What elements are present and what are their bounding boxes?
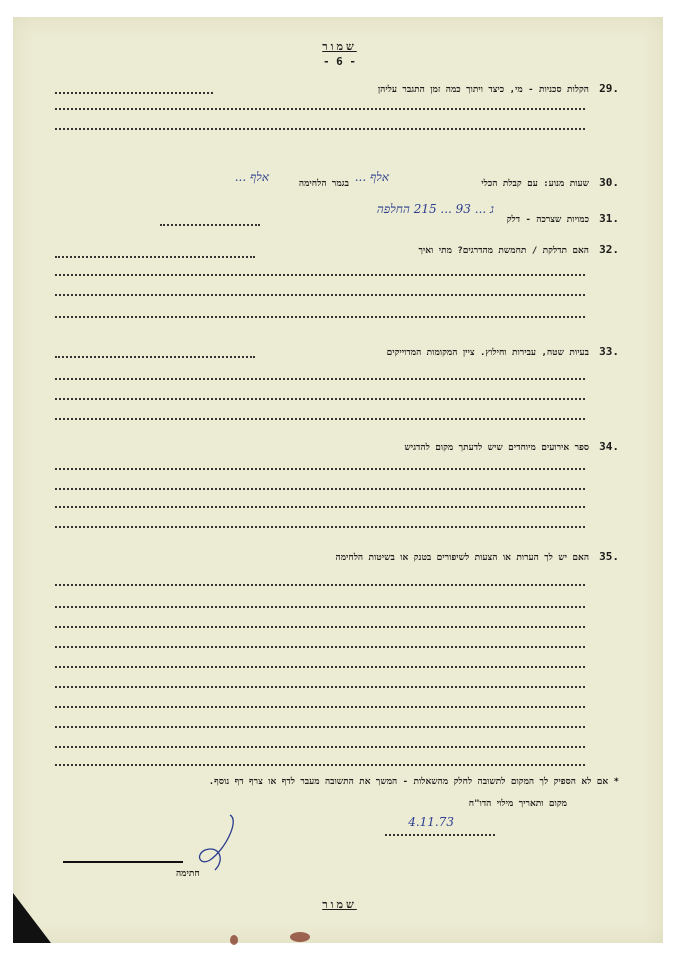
question-number: 35. [599,550,619,563]
question-label: בגמר הלחימה [299,178,349,189]
question-label: ספר אירועים מיוחדים שיש לדעתך מקום להדגי… [404,442,589,453]
answer-line [55,762,585,766]
answer-line [55,604,585,608]
answer-line [55,744,585,748]
handwritten-answer: אלף ... [235,170,269,185]
date-line [385,832,495,836]
question-number: 33. [599,345,619,358]
classification-header: שמור [0,40,679,53]
answer-line [55,416,585,420]
stain [290,932,310,942]
answer-line [55,486,585,490]
place-date-label: מקום ותאריך מילוי הדו"ח [469,798,567,809]
stain [230,935,238,945]
classification-footer: שמור [0,898,679,911]
answer-line [55,724,585,728]
answer-line [55,90,213,94]
answer-line [160,222,260,226]
question-label: כמויות שצרכה - דלק [507,214,589,225]
question-number: 30. [599,176,619,189]
question-label: האם יש לך הערות או הצעות לשיפורים בטנק א… [336,552,589,563]
signature-line [63,861,183,863]
page-number: - 6 - [0,55,679,68]
answer-line [55,624,585,628]
answer-line [55,504,585,508]
answer-line [55,644,585,648]
question-number: 29. [599,82,619,95]
answer-line [55,272,585,276]
answer-line [55,292,585,296]
answer-line [55,376,585,380]
answer-line [55,664,585,668]
question-label: האם תדלקת / תחמשת מהדרגים? מתי ואיך [418,245,589,256]
question-number: 31. [599,212,619,225]
answer-line [55,314,585,318]
answer-line [55,582,585,586]
answer-line [55,126,585,130]
question-label: בעיות שטח, עבירות וחילוץ. ציין המקומות ה… [387,347,589,358]
question-number: 32. [599,243,619,256]
question-number: 34. [599,440,619,453]
answer-line [55,354,255,358]
answer-line [55,396,585,400]
answer-line [55,524,585,528]
date-value: 4.11.73 [408,815,454,829]
handwritten-answer: ג ... 93 ... 215 החלפה [377,202,494,217]
answer-line [55,704,585,708]
question-label: הקלות סכניות - מי, כיצד ויתוך כמה זמן הת… [378,84,589,95]
handwritten-answer: אלף ... [355,170,389,185]
answer-line [55,106,585,110]
footer-note: * אם לא הספיק לך המקום לתשובה לחלק מהשאל… [209,776,619,787]
answer-line [55,254,255,258]
question-label: שעות מנוע: עם קבלת הכלי [481,178,589,189]
answer-line [55,466,585,470]
answer-line [55,684,585,688]
signature-label: חתימה [176,868,200,879]
